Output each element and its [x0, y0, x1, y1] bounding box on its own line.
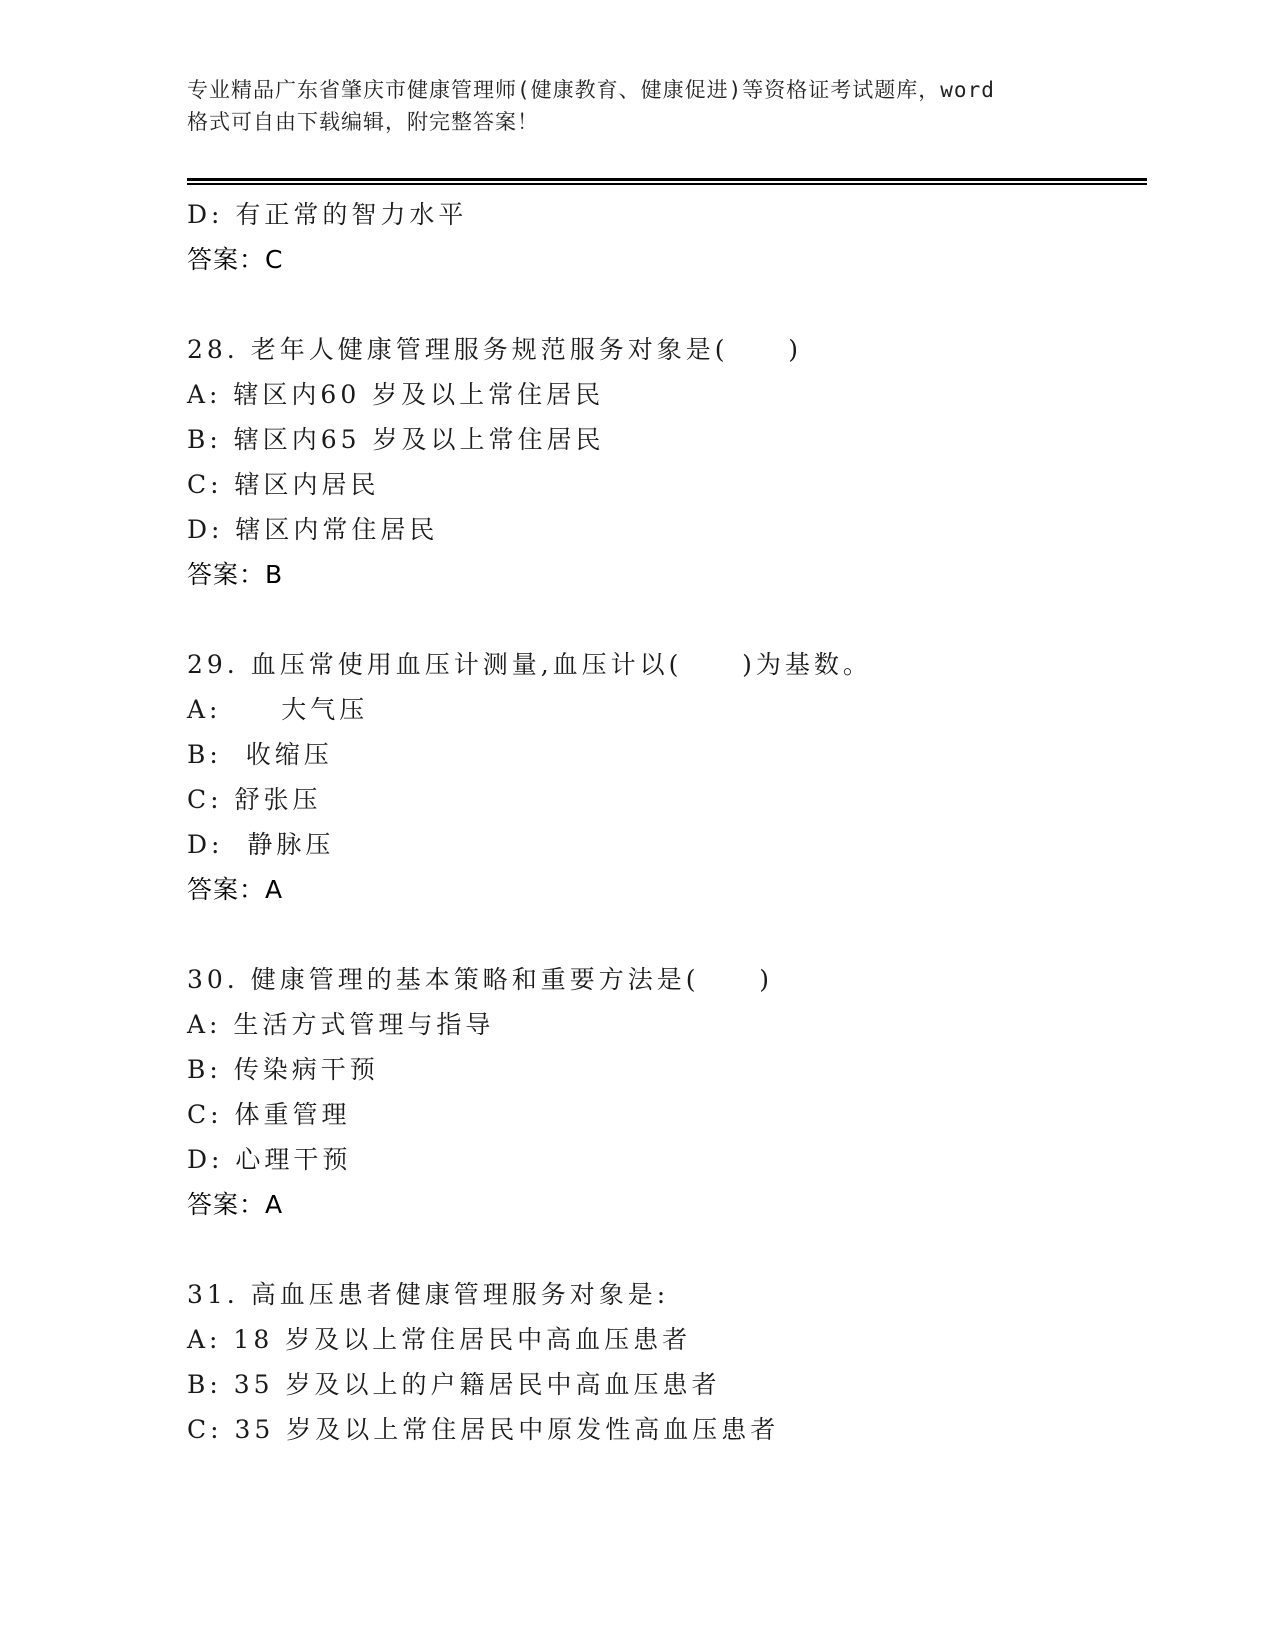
option-d: D: 有正常的智力水平: [187, 192, 1147, 237]
question-list: D: 有正常的智力水平 答案：C 28. 老年人健康管理服务规范服务对象是( )…: [187, 192, 1147, 1452]
spacer: [187, 912, 1147, 957]
header-line-2: 格式可自由下载编辑，附完整答案！: [187, 106, 1087, 138]
header-line-1: 专业精品广东省肇庆市健康管理师(健康教育、健康促进)等资格证考试题库，word: [187, 74, 1087, 106]
header-divider-thick: [187, 178, 1147, 181]
option-b: B: 收缩压: [187, 732, 1147, 777]
option-d: D: 静脉压: [187, 822, 1147, 867]
document-header: 专业精品广东省肇庆市健康管理师(健康教育、健康促进)等资格证考试题库，word …: [187, 74, 1087, 138]
option-b: B: 辖区内65 岁及以上常住居民: [187, 417, 1147, 462]
question-31: 31. 高血压患者健康管理服务对象是: A: 18 岁及以上常住居民中高血压患者…: [187, 1272, 1147, 1452]
option-a: A: 辖区内60 岁及以上常住居民: [187, 372, 1147, 417]
option-c: C: 体重管理: [187, 1092, 1147, 1137]
answer-line: 答案：A: [187, 867, 1147, 912]
answer-line: 答案：B: [187, 552, 1147, 597]
option-c: C: 辖区内居民: [187, 462, 1147, 507]
option-a: A: 生活方式管理与指导: [187, 1002, 1147, 1047]
answer-line: 答案：A: [187, 1182, 1147, 1227]
option-b: B: 传染病干预: [187, 1047, 1147, 1092]
question-stem: 30. 健康管理的基本策略和重要方法是( ): [187, 957, 1147, 1002]
option-d: D: 心理干预: [187, 1137, 1147, 1182]
question-29: 29. 血压常使用血压计测量,血压计以( )为基数。 A: 大气压 B: 收缩压…: [187, 642, 1147, 912]
spacer: [187, 597, 1147, 642]
question-30: 30. 健康管理的基本策略和重要方法是( ) A: 生活方式管理与指导 B: 传…: [187, 957, 1147, 1227]
question-stem: 29. 血压常使用血压计测量,血压计以( )为基数。: [187, 642, 1147, 687]
option-a: A: 18 岁及以上常住居民中高血压患者: [187, 1317, 1147, 1362]
spacer: [187, 282, 1147, 327]
question-stem: 31. 高血压患者健康管理服务对象是:: [187, 1272, 1147, 1317]
option-c: C: 舒张压: [187, 777, 1147, 822]
header-divider-thin: [187, 183, 1147, 185]
option-c: C: 35 岁及以上常住居民中原发性高血压患者: [187, 1407, 1147, 1452]
option-b: B: 35 岁及以上的户籍居民中高血压患者: [187, 1362, 1147, 1407]
question-28: 28. 老年人健康管理服务规范服务对象是( ) A: 辖区内60 岁及以上常住居…: [187, 327, 1147, 597]
spacer: [187, 1227, 1147, 1272]
option-a: A: 大气压: [187, 687, 1147, 732]
previous-question-tail: D: 有正常的智力水平 答案：C: [187, 192, 1147, 282]
question-stem: 28. 老年人健康管理服务规范服务对象是( ): [187, 327, 1147, 372]
option-d: D: 辖区内常住居民: [187, 507, 1147, 552]
answer-line: 答案：C: [187, 237, 1147, 282]
